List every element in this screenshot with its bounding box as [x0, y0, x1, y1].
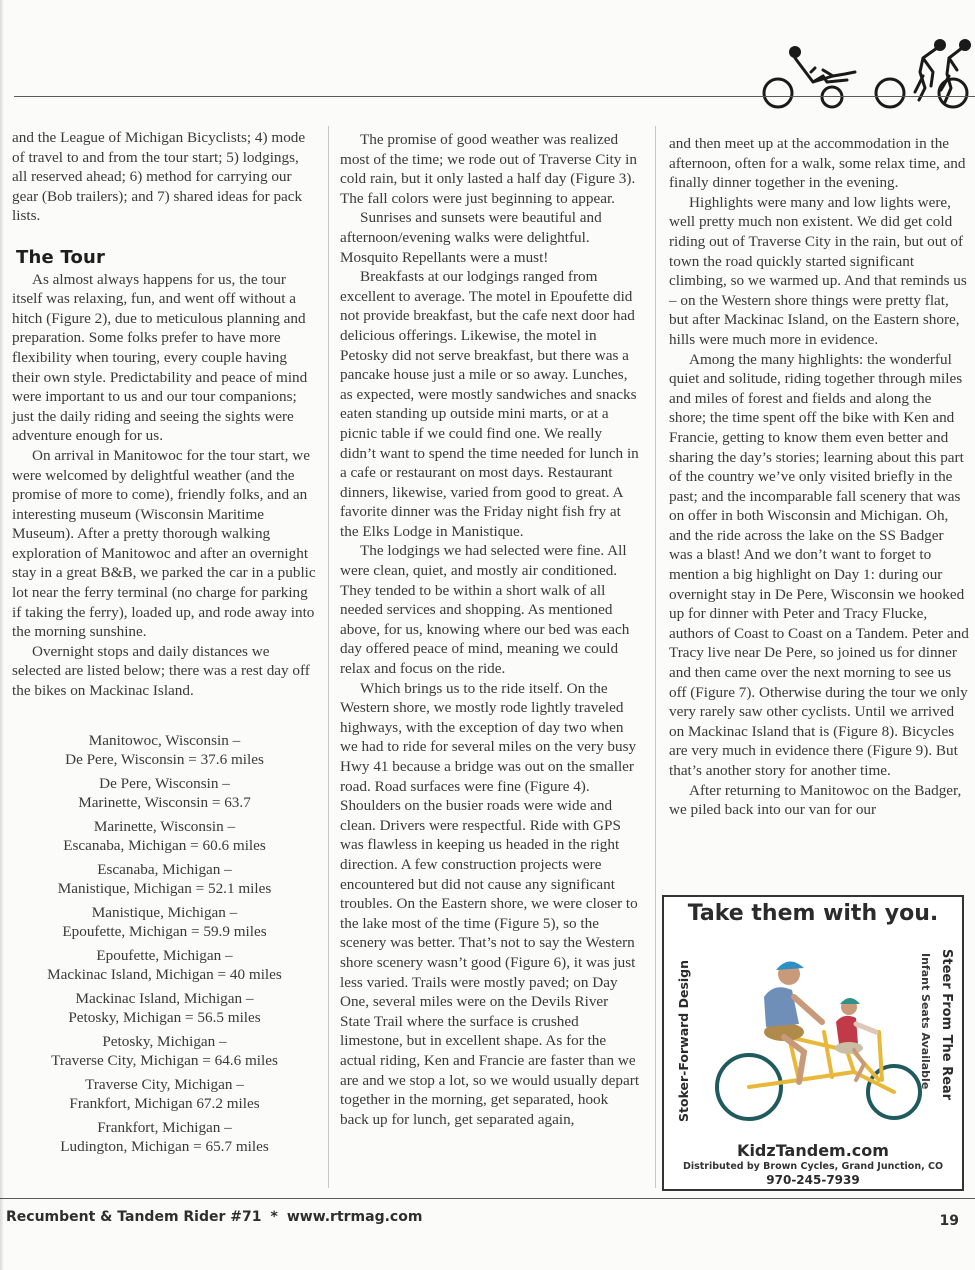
- paragraph: The promise of good weather was realized…: [340, 130, 640, 208]
- publication-name: Recumbent & Tandem Rider #71: [6, 1209, 262, 1225]
- stop-from: Traverse City, Michigan –: [12, 1075, 317, 1095]
- stop-item: Frankfort, Michigan –Ludington, Michigan…: [12, 1118, 317, 1157]
- paragraph: and the League of Michigan Bicyclists; 4…: [12, 128, 317, 226]
- column-3: and then meet up at the accommodation in…: [669, 134, 969, 820]
- stop-from: De Pere, Wisconsin –: [12, 774, 317, 794]
- paragraph: Sunrises and sunsets were beautiful and …: [340, 208, 640, 267]
- overnight-stops-list: Manitowoc, Wisconsin –De Pere, Wisconsin…: [12, 731, 317, 1157]
- column-2: The promise of good weather was realized…: [340, 130, 640, 1129]
- ad-website-link[interactable]: KidzTandem.com: [664, 1141, 962, 1160]
- ad-headline: Take them with you.: [664, 901, 962, 926]
- kidztandem-advertisement[interactable]: Take them with you. Stoker-Forward Desig…: [662, 895, 964, 1191]
- stop-from: Manistique, Michigan –: [12, 903, 317, 923]
- stop-to: Escanaba, Michigan = 60.6 miles: [12, 836, 317, 856]
- ad-right-vertical-text: Steer From The Rear: [939, 949, 954, 1100]
- stop-to: Mackinac Island, Michigan = 40 miles: [12, 965, 317, 985]
- ad-phone-number: 970-245-7939: [664, 1173, 962, 1187]
- header-rule: [14, 96, 975, 97]
- ad-left-vertical-text: Stoker-Forward Design: [676, 960, 691, 1122]
- footer-publication-line: Recumbent & Tandem Rider #71*www.rtrmag.…: [6, 1209, 422, 1225]
- stop-from: Epoufette, Michigan –: [12, 946, 317, 966]
- stop-to: Epoufette, Michigan = 59.9 miles: [12, 922, 317, 942]
- stop-item: Petosky, Michigan –Traverse City, Michig…: [12, 1032, 317, 1071]
- stop-to: Petosky, Michigan = 56.5 miles: [12, 1008, 317, 1028]
- footer-separator: *: [271, 1209, 278, 1225]
- stop-to: Manistique, Michigan = 52.1 miles: [12, 879, 317, 899]
- column-divider: [655, 126, 656, 1188]
- ad-distributor: Distributed by Brown Cycles, Grand Junct…: [664, 1161, 962, 1172]
- stop-from: Frankfort, Michigan –: [12, 1118, 317, 1138]
- bicycle-pictogram-icon: [755, 30, 975, 110]
- paragraph: As almost always happens for us, the tou…: [12, 270, 317, 446]
- paragraph: Highlights were many and low lights were…: [669, 193, 969, 350]
- paragraph: Overnight stops and daily distances we s…: [12, 642, 317, 701]
- footer-website-link[interactable]: www.rtrmag.com: [287, 1209, 423, 1225]
- paragraph: Among the many highlights: the wonderful…: [669, 350, 969, 781]
- stop-item: Marinette, Wisconsin –Escanaba, Michigan…: [12, 817, 317, 856]
- paragraph: On arrival in Manitowoc for the tour sta…: [12, 446, 317, 642]
- stop-from: Marinette, Wisconsin –: [12, 817, 317, 837]
- column-1: and the League of Michigan Bicyclists; 4…: [12, 128, 317, 1161]
- stop-item: Manistique, Michigan –Epoufette, Michiga…: [12, 903, 317, 942]
- stop-item: De Pere, Wisconsin –Marinette, Wisconsin…: [12, 774, 317, 813]
- paragraph: After returning to Manitowoc on the Badg…: [669, 781, 969, 820]
- page-number: 19: [940, 1213, 959, 1229]
- paragraph: The lodgings we had selected were fine. …: [340, 541, 640, 678]
- stop-to: Traverse City, Michigan = 64.6 miles: [12, 1051, 317, 1071]
- tandem-bicycle-riders-image: [704, 952, 924, 1127]
- paragraph: Breakfasts at our lodgings ranged from e…: [340, 267, 640, 541]
- stop-to: Ludington, Michigan = 65.7 miles: [12, 1137, 317, 1157]
- stop-item: Manitowoc, Wisconsin –De Pere, Wisconsin…: [12, 731, 317, 770]
- section-heading: The Tour: [16, 248, 317, 268]
- stop-from: Mackinac Island, Michigan –: [12, 989, 317, 1009]
- stop-from: Petosky, Michigan –: [12, 1032, 317, 1052]
- stop-to: De Pere, Wisconsin = 37.6 miles: [12, 750, 317, 770]
- footer-rule: [0, 1198, 975, 1199]
- stop-item: Escanaba, Michigan –Manistique, Michigan…: [12, 860, 317, 899]
- stop-item: Mackinac Island, Michigan –Petosky, Mich…: [12, 989, 317, 1028]
- paragraph: and then meet up at the accommodation in…: [669, 134, 969, 193]
- stop-to: Marinette, Wisconsin = 63.7: [12, 793, 317, 813]
- stop-from: Manitowoc, Wisconsin –: [12, 731, 317, 751]
- stop-to: Frankfort, Michigan 67.2 miles: [12, 1094, 317, 1114]
- paragraph: Which brings us to the ride itself. On t…: [340, 679, 640, 1130]
- stop-from: Escanaba, Michigan –: [12, 860, 317, 880]
- stop-item: Traverse City, Michigan –Frankfort, Mich…: [12, 1075, 317, 1114]
- column-divider: [328, 126, 329, 1188]
- stop-item: Epoufette, Michigan –Mackinac Island, Mi…: [12, 946, 317, 985]
- page-edge-shadow: [0, 0, 4, 1270]
